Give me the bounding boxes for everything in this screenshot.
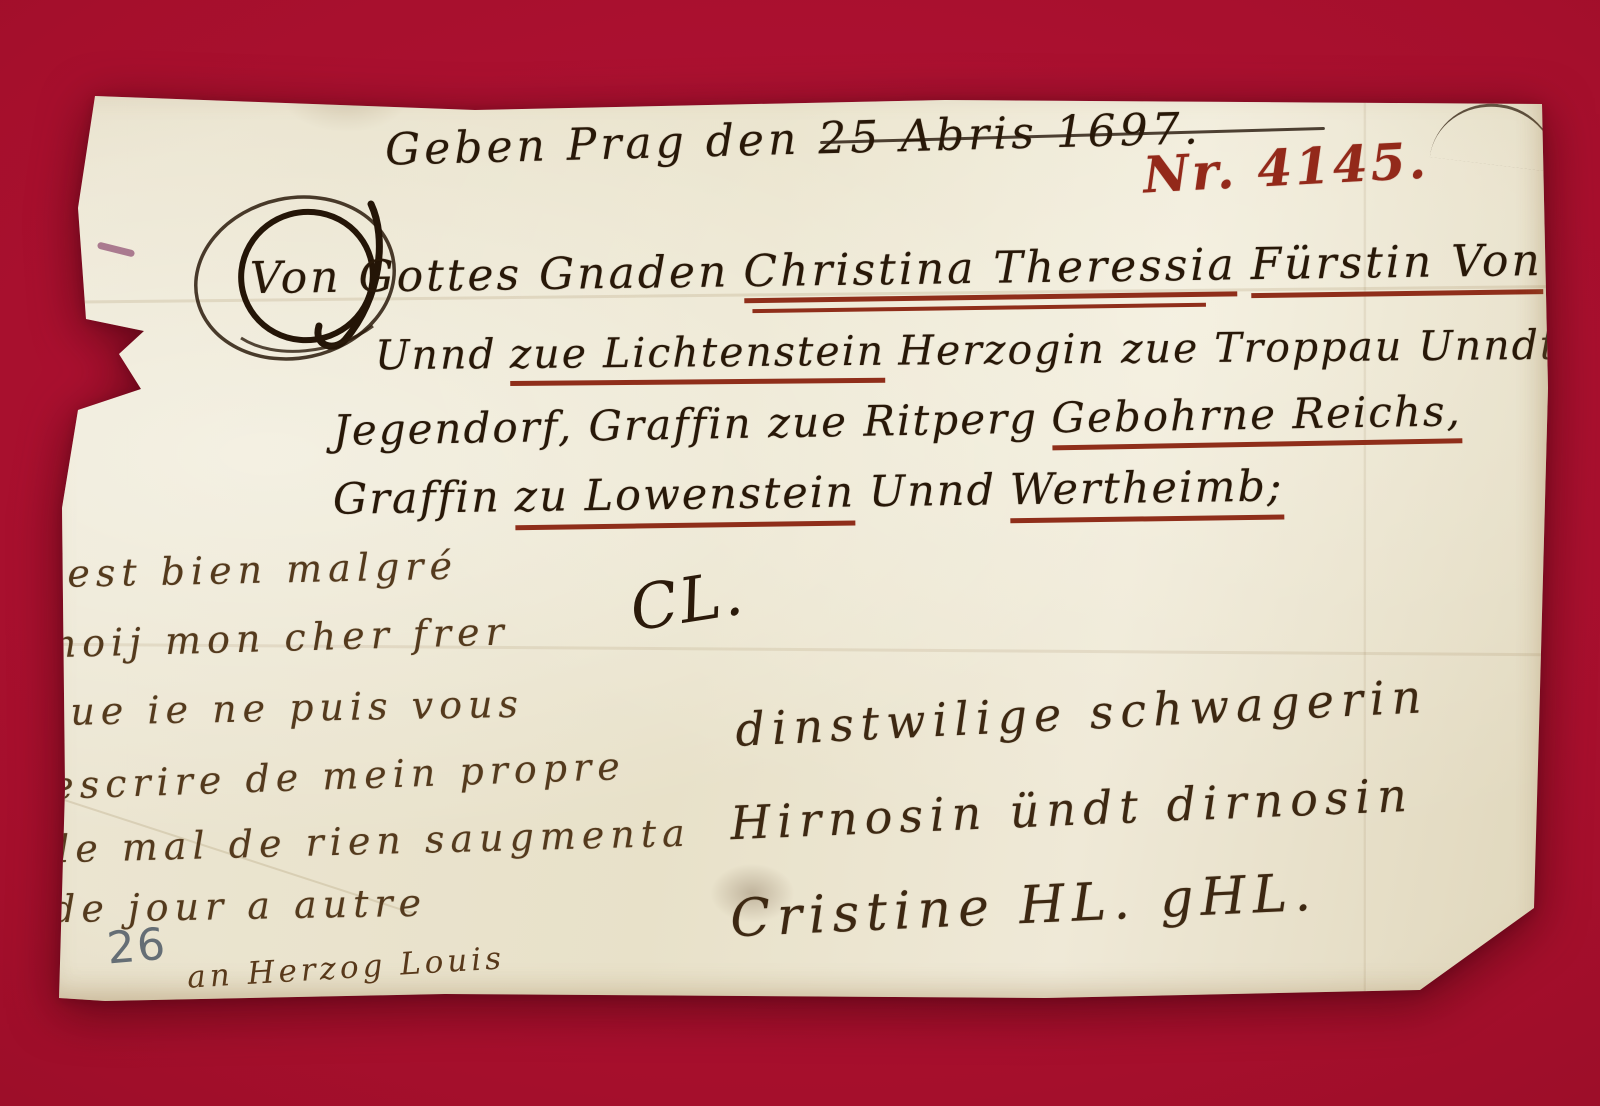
heading-line1-pre: Von Gottes Gnaden	[250, 246, 730, 304]
french-note-line: cest bien malgré	[40, 544, 459, 597]
heading-line-4: Graffinzu LowensteinUnndWertheimb;	[333, 461, 1298, 533]
french-note-line: moij mon cher frer	[39, 609, 510, 666]
monogram-initials: CL.	[625, 556, 749, 646]
french-note-line: que ie ne puis vous	[40, 682, 525, 734]
heading-line1-title-underlined: Fürstin Von	[1250, 235, 1543, 299]
heading-line2-underlined: zue Lichtenstein	[510, 327, 886, 387]
purple-ink-smudge	[97, 242, 136, 258]
manuscript-paper: Geben Prag den 25 Abris 1697. Nr. 4145. …	[45, 88, 1550, 1003]
heading-line-2: Unndzue LichtensteinHerzogin zue Troppau…	[375, 321, 1572, 388]
closing-line: Hirnosin ündt dirnosin	[729, 768, 1415, 851]
heading-line4-pre: Graffin	[333, 472, 502, 524]
recipient-note: an Herzog Louis	[186, 940, 506, 995]
heading-line1-name-underlined: Christina Theressia	[743, 239, 1237, 313]
pen-flourish-arc	[1430, 97, 1562, 173]
heading-line-3: Jegendorf, Graffin zue RitpergGebohrne R…	[333, 386, 1476, 464]
heading-line2-pre: Unnd	[375, 330, 497, 379]
manuscript-paper-wrapper: Geben Prag den 25 Abris 1697. Nr. 4145. …	[45, 88, 1550, 1003]
heading-line3-underlined: Gebohrne Reichs,	[1051, 386, 1462, 451]
photo-of-manuscript: { "manuscript": { "dateline": "Geben Pra…	[0, 0, 1600, 1106]
french-note-line: escrire de mein propre	[50, 744, 626, 808]
heading-line4-mid: Unnd	[869, 465, 997, 517]
heading-line4-underlined2: Wertheimb;	[1009, 461, 1283, 524]
vertical-fold-crease	[1363, 88, 1367, 1003]
heading-line3-pre: Jegendorf, Graffin zue Ritperg	[333, 394, 1039, 455]
heading-line-1: Von Gottes GnadenChristina TheressiaFürs…	[250, 235, 1558, 320]
signature-line: Cristine HL. gHL.	[729, 863, 1319, 950]
archival-number-pencil: 26	[105, 918, 169, 974]
heading-line2-post: Herzogin zue Troppau Unndt	[898, 321, 1558, 375]
heading-line4-underlined1: zu Lowenstein	[514, 467, 855, 531]
french-note-line: le mal de rien saugmenta	[57, 811, 692, 872]
closing-line: dinstwilige schwagerin	[734, 669, 1429, 757]
dateline-text: Geben Prag den 25 Abris 1697.	[384, 103, 1202, 175]
